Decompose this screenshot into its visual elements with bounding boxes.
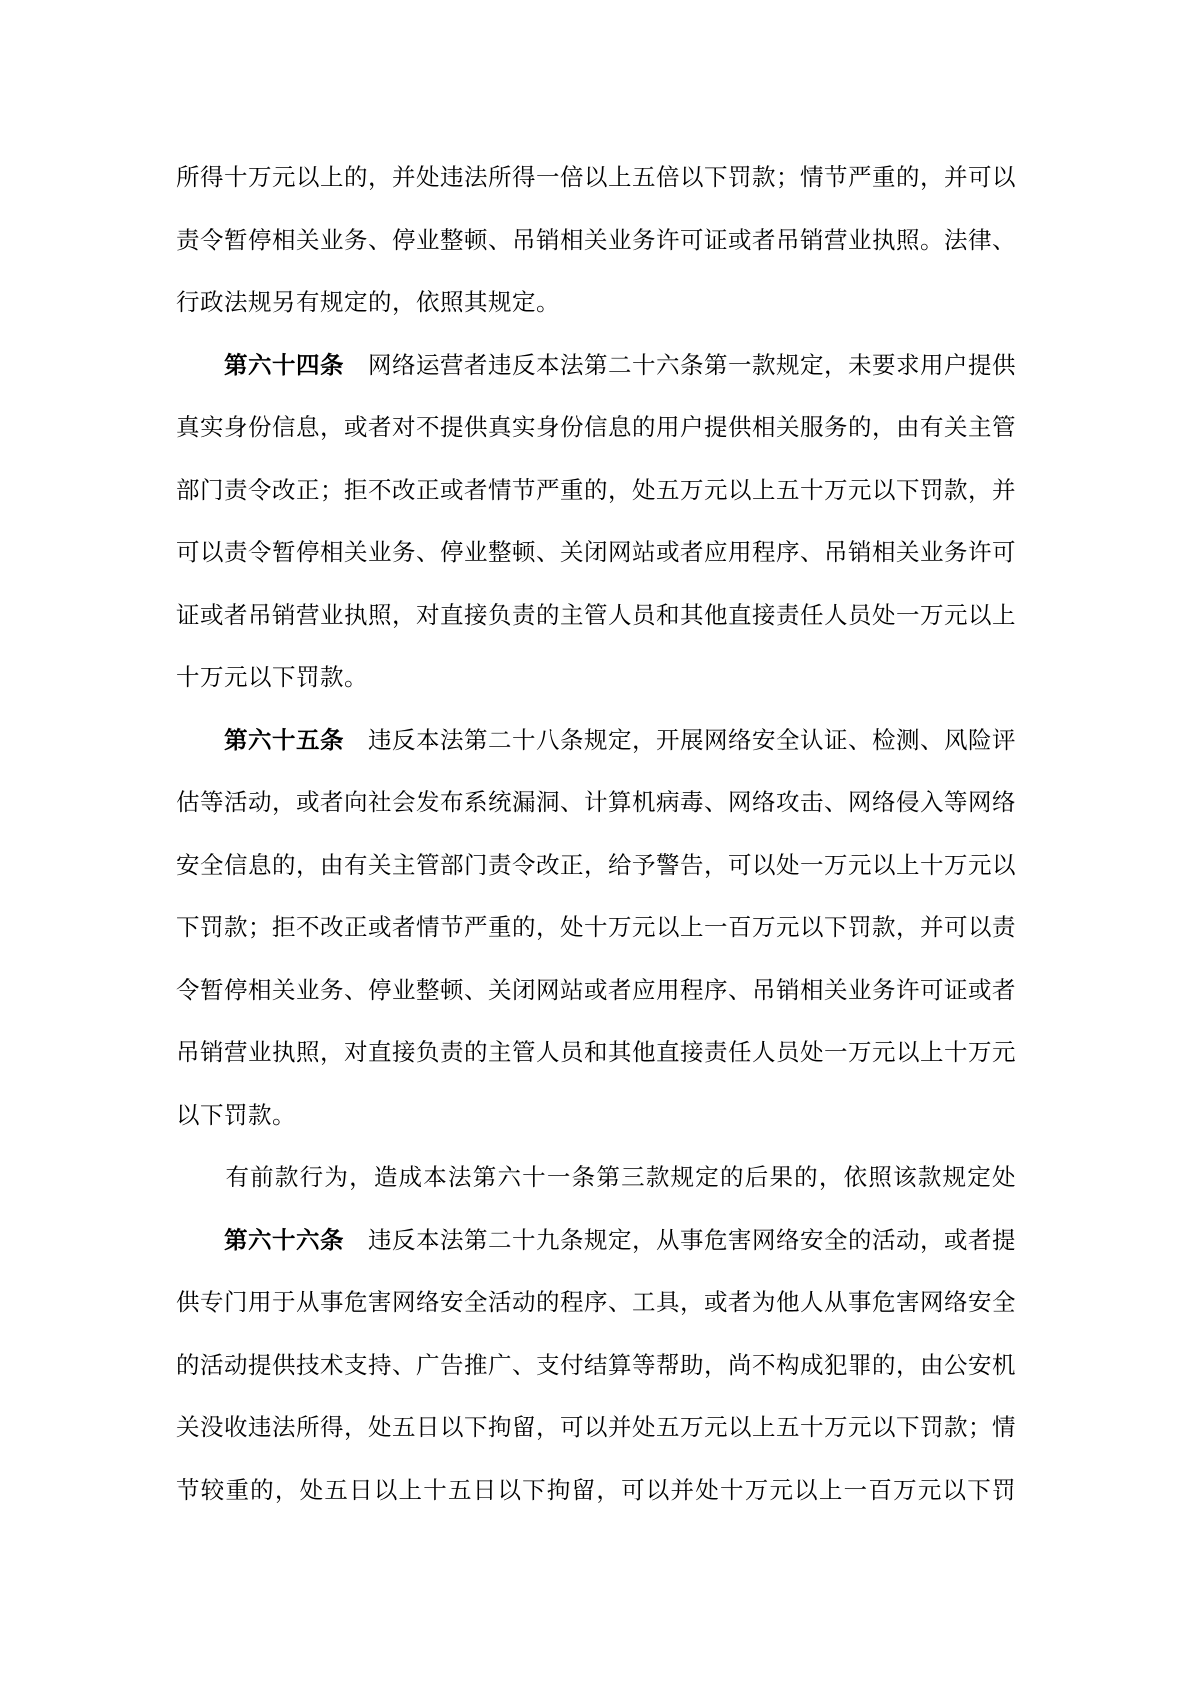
line-text: 行政法规另有规定的，依照其规定。: [176, 289, 560, 315]
text-line-article-64-heading: 第六十四条 网络运营者违反本法第二十六条第一款规定，未要求用户提供: [176, 334, 1016, 397]
line-text: 以下罚款。: [176, 1102, 296, 1128]
line-text: 的活动提供技术支持、广告推广、支付结算等帮助，尚不构成犯罪的，由公安机: [176, 1352, 1016, 1378]
line-text: 安全信息的，由有关主管部门责令改正，给予警告，可以处一万元以上十万元以: [176, 852, 1016, 878]
text-line: 令暂停相关业务、停业整顿、关闭网站或者应用程序、吊销相关业务许可证或者: [176, 959, 1016, 1022]
text-line: 关没收违法所得，处五日以下拘留，可以并处五万元以上五十万元以下罚款；情: [176, 1396, 1016, 1459]
text-line: 证或者吊销营业执照，对直接负责的主管人员和其他直接责任人员处一万元以上: [176, 584, 1016, 647]
line-text: 违反本法第二十九条规定，从事危害网络安全的活动，或者提: [344, 1227, 1016, 1253]
text-line: 行政法规另有规定的，依照其规定。: [176, 271, 1016, 334]
line-text: 责令暂停相关业务、停业整顿、吊销相关业务许可证或者吊销营业执照。法律、: [176, 227, 1016, 253]
text-line-article-66-heading: 第六十六条 违反本法第二十九条规定，从事危害网络安全的活动，或者提: [176, 1209, 1016, 1272]
text-line: 吊销营业执照，对直接负责的主管人员和其他直接责任人员处一万元以上十万元: [176, 1021, 1016, 1084]
text-line: 有前款行为，造成本法第六十一条第三款规定的后果的，依照该款规定处罚。: [176, 1146, 1016, 1209]
text-line: 安全信息的，由有关主管部门责令改正，给予警告，可以处一万元以上十万元以: [176, 834, 1016, 897]
line-text: 网络运营者违反本法第二十六条第一款规定，未要求用户提供: [344, 352, 1016, 378]
text-line: 可以责令暂停相关业务、停业整顿、关闭网站或者应用程序、吊销相关业务许可: [176, 521, 1016, 584]
text-line: 供专门用于从事危害网络安全活动的程序、工具，或者为他人从事危害网络安全: [176, 1271, 1016, 1334]
text-line-article-65-heading: 第六十五条 违反本法第二十八条规定，开展网络安全认证、检测、风险评: [176, 709, 1016, 772]
line-text: 部门责令改正；拒不改正或者情节严重的，处五万元以上五十万元以下罚款，并: [176, 477, 1016, 503]
line-text: 节较重的，处五日以上十五日以下拘留，可以并处十万元以上一百万元以下罚款。: [176, 1477, 1016, 1522]
text-line: 所得十万元以上的，并处违法所得一倍以上五倍以下罚款；情节严重的，并可以: [176, 146, 1016, 209]
text-line: 以下罚款。: [176, 1084, 1016, 1147]
line-text: 供专门用于从事危害网络安全活动的程序、工具，或者为他人从事危害网络安全: [176, 1289, 1016, 1315]
article-number: 第六十五条: [176, 727, 344, 753]
line-text: 估等活动，或者向社会发布系统漏洞、计算机病毒、网络攻击、网络侵入等网络: [176, 789, 1016, 815]
line-text: 吊销营业执照，对直接负责的主管人员和其他直接责任人员处一万元以上十万元: [176, 1039, 1016, 1065]
line-text: 下罚款；拒不改正或者情节严重的，处十万元以上一百万元以下罚款，并可以责: [176, 914, 1016, 940]
text-line: 责令暂停相关业务、停业整顿、吊销相关业务许可证或者吊销营业执照。法律、: [176, 209, 1016, 272]
line-text: 令暂停相关业务、停业整顿、关闭网站或者应用程序、吊销相关业务许可证或者: [176, 977, 1016, 1003]
line-text: 违反本法第二十八条规定，开展网络安全认证、检测、风险评: [344, 727, 1016, 753]
article-number: 第六十四条: [176, 352, 344, 378]
line-text: 所得十万元以上的，并处违法所得一倍以上五倍以下罚款；情节严重的，并可以: [176, 164, 1016, 190]
line-text: 十万元以下罚款。: [176, 664, 368, 690]
line-text: 关没收违法所得，处五日以下拘留，可以并处五万元以上五十万元以下罚款；情: [176, 1414, 1016, 1440]
text-line: 估等活动，或者向社会发布系统漏洞、计算机病毒、网络攻击、网络侵入等网络: [176, 771, 1016, 834]
document-page: 所得十万元以上的，并处违法所得一倍以上五倍以下罚款；情节严重的，并可以 责令暂停…: [176, 146, 1016, 1521]
text-line: 的活动提供技术支持、广告推广、支付结算等帮助，尚不构成犯罪的，由公安机: [176, 1334, 1016, 1397]
text-line: 下罚款；拒不改正或者情节严重的，处十万元以上一百万元以下罚款，并可以责: [176, 896, 1016, 959]
line-text: 真实身份信息，或者对不提供真实身份信息的用户提供相关服务的，由有关主管: [176, 414, 1016, 440]
line-text: 证或者吊销营业执照，对直接负责的主管人员和其他直接责任人员处一万元以上: [176, 602, 1016, 628]
text-line: 部门责令改正；拒不改正或者情节严重的，处五万元以上五十万元以下罚款，并: [176, 459, 1016, 522]
line-text: 可以责令暂停相关业务、停业整顿、关闭网站或者应用程序、吊销相关业务许可: [176, 539, 1016, 565]
text-line: 节较重的，处五日以上十五日以下拘留，可以并处十万元以上一百万元以下罚款。: [176, 1459, 1016, 1522]
line-text: 有前款行为，造成本法第六十一条第三款规定的后果的，依照该款规定处罚。: [176, 1164, 1016, 1209]
article-number: 第六十六条: [176, 1227, 344, 1253]
text-line: 十万元以下罚款。: [176, 646, 1016, 709]
text-line: 真实身份信息，或者对不提供真实身份信息的用户提供相关服务的，由有关主管: [176, 396, 1016, 459]
